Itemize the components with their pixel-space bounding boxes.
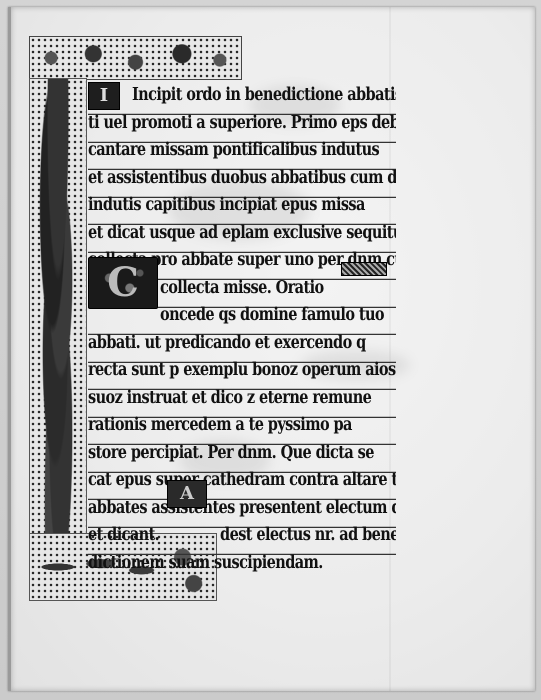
decorated-border-top [29, 36, 242, 80]
text-line: dictionem suam suscipiendam. [88, 548, 396, 581]
initial-a: A [167, 480, 207, 508]
text-line-content: et dicant. [88, 524, 159, 545]
line-filler-ornament [341, 262, 387, 276]
text-line-content: collecta misse. Oratio [160, 276, 324, 297]
initial-i: I [88, 82, 120, 110]
text-block: Incipit ordo in benedictione abbatis ele… [88, 80, 396, 574]
decorated-border-left [29, 78, 87, 536]
text-line-content: dest electus nr. ad bene [220, 524, 396, 545]
initial-c-illuminated: C [88, 257, 158, 309]
